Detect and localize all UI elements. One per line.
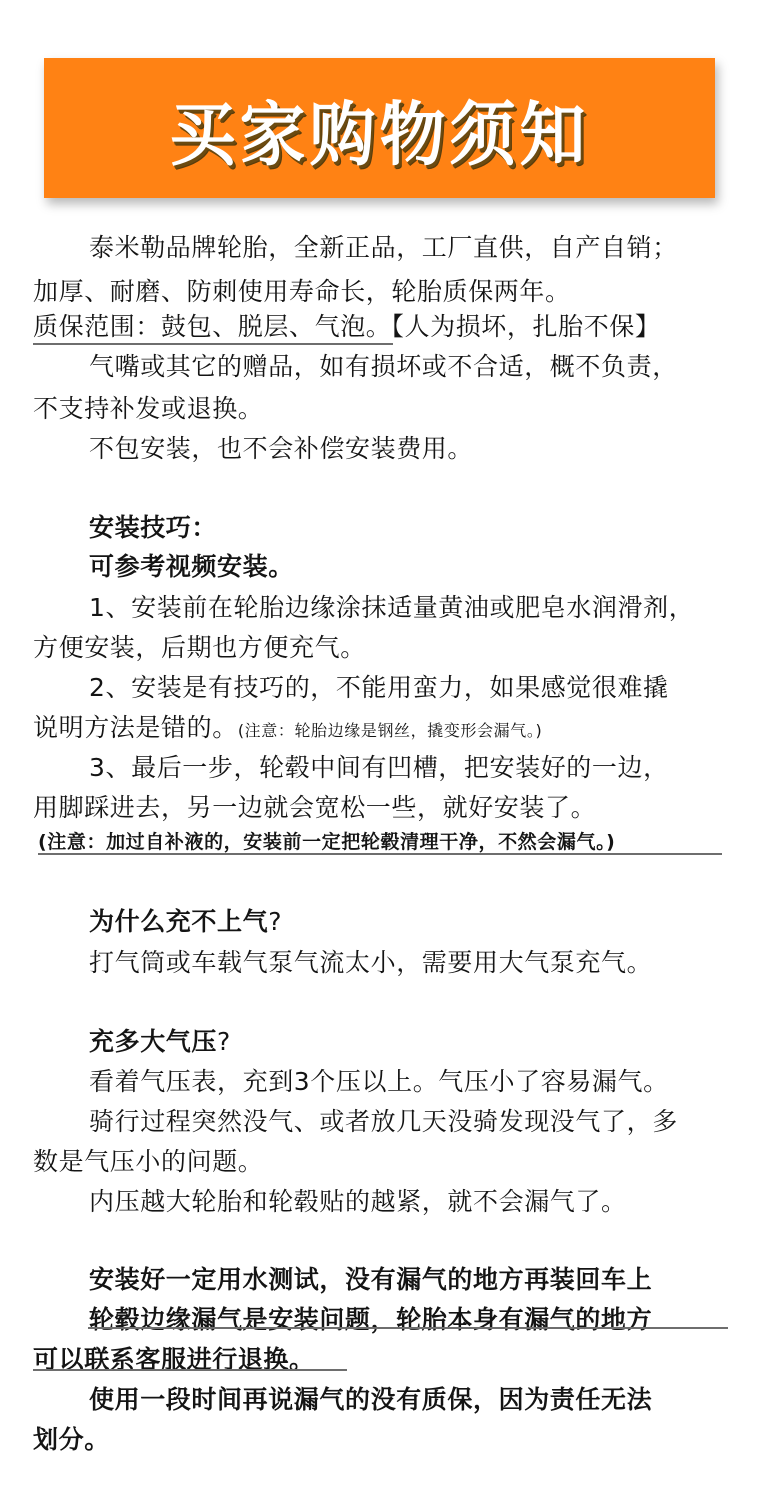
- intro-features-line: 加厚、耐磨、防刺使用寿命长，轮胎质保两年。: [33, 276, 571, 308]
- question-mark: ?: [268, 907, 282, 936]
- warranty-underline: [33, 343, 393, 345]
- gifts-line-2: 不支持补发或退换。: [33, 393, 263, 425]
- step1-line-1: 1、安装前在轮胎边缘涂抹适量黄油或肥皂水润滑剂，: [89, 592, 694, 624]
- step2-line-1: 2、安装是有技巧的，不能用蛮力，如果感觉很难撬: [89, 672, 669, 704]
- pressure-answer-1: 看着气压表，充到3个压以上。气压小了容易漏气。: [89, 1066, 669, 1098]
- install-fee-line: 不包安装，也不会补偿安装费用。: [89, 433, 473, 465]
- step2-text: 说明方法是错的。: [33, 713, 238, 742]
- warranty-exclusion: 【人为损坏，扎胎不保】: [391, 312, 660, 341]
- water-test-line: 安装好一定用水测试，没有漏气的地方再装回车上: [89, 1264, 652, 1296]
- inflate-question-text: 为什么充不上气: [89, 907, 268, 936]
- install-tips-heading: 安装技巧：: [89, 512, 217, 544]
- page-title: 买家购物须知: [170, 78, 590, 178]
- pressure-question-text: 充多大气压: [89, 1027, 217, 1056]
- warranty-scope: 质保范围：鼓包、脱层、气泡。: [33, 312, 391, 341]
- inflate-question: 为什么充不上气?: [89, 906, 282, 938]
- question-mark: ?: [217, 1027, 231, 1056]
- step2-note: (注意：轮胎边缘是钢丝，撬变形会漏气。): [238, 721, 543, 740]
- no-warranty-line-2: 划分。: [33, 1424, 110, 1456]
- rim-leak-line-1: 轮毂边缘漏气是安装问题，轮胎本身有漏气的地方: [89, 1304, 652, 1336]
- step2-line-2: 说明方法是错的。(注意：轮胎边缘是钢丝，撬变形会漏气。): [33, 712, 542, 747]
- pressure-answer-2-line-1: 骑行过程突然没气、或者放几天没骑发现没气了，多: [89, 1106, 678, 1138]
- rim-leak-underline-1: [88, 1327, 728, 1329]
- step1-line-2: 方便安装，后期也方便充气。: [33, 632, 366, 664]
- rim-leak-line-2: 可以联系客服进行退换。: [33, 1344, 315, 1376]
- no-warranty-line-1: 使用一段时间再说漏气的没有质保，因为责任无法: [89, 1384, 652, 1416]
- intro-brand-line: 泰米勒品牌轮胎，全新正品，工厂直供，自产自销；: [89, 232, 678, 264]
- pressure-answer-2-line-2: 数是气压小的问题。: [33, 1146, 263, 1178]
- inflate-answer: 打气筒或车载气泵气流太小，需要用大气泵充气。: [89, 947, 652, 979]
- gifts-line-1: 气嘴或其它的赠品，如有损坏或不合适，概不负责，: [89, 351, 678, 383]
- pressure-question: 充多大气压?: [89, 1026, 231, 1058]
- warranty-scope-text: 质保范围：鼓包、脱层、气泡。【人为损坏，扎胎不保】: [33, 311, 661, 343]
- video-reference: 可参考视频安装。: [89, 551, 294, 583]
- pressure-answer-3: 内压越大轮胎和轮毂贴的越紧，就不会漏气了。: [89, 1186, 627, 1218]
- footnote-underline: [38, 853, 722, 855]
- rim-leak-underline-2: [33, 1369, 347, 1371]
- step3-line-1: 3、最后一步，轮毂中间有凹槽，把安装好的一边，: [89, 752, 669, 784]
- header-banner: 买家购物须知: [44, 58, 715, 198]
- step3-line-2: 用脚踩进去，另一边就会宽松一些，就好安装了。: [33, 792, 596, 824]
